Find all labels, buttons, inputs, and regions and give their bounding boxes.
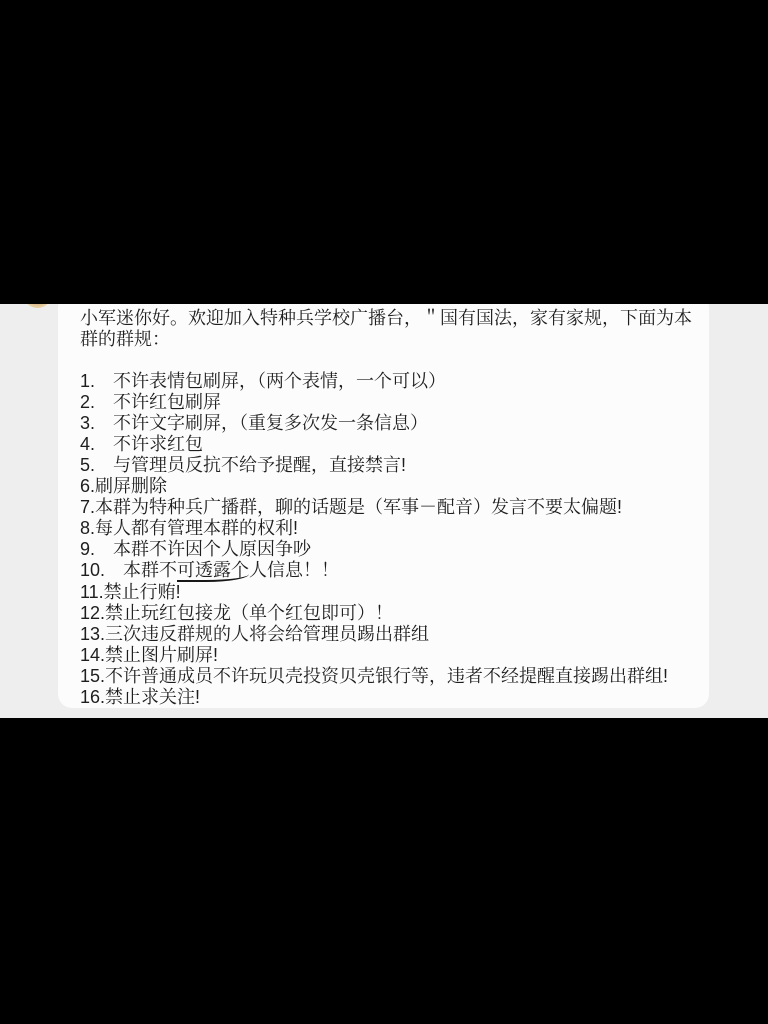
rule-line-2: 2. 不许红包刷屏: [80, 392, 701, 413]
rule-line-10: 10. 本群不可透露个人信息！！: [80, 560, 701, 582]
sender-avatar[interactable]: [23, 304, 52, 308]
rule-10-underlined-text: 可透露个: [177, 561, 249, 582]
rule-line-4: 4. 不许求红包: [80, 434, 701, 455]
rule-line-5: 5. 与管理员反抗不给予提醒，直接禁言!: [80, 455, 701, 476]
rule-line-13: 13.三次违反群规的人将会给管理员踢出群组: [80, 624, 701, 645]
top-letterbox: [0, 0, 768, 304]
rule-line-12: 12.禁止玩红包接龙（单个红包即可）！: [80, 603, 701, 624]
rule-line-15: 15.不许普通成员不许玩贝壳投资贝壳银行等，违者不经提醒直接踢出群组!: [80, 666, 701, 687]
rule-line-14: 14.禁止图片刷屏!: [80, 645, 701, 666]
rule-line-8: 8.每人都有管理本群的权利!: [80, 518, 701, 539]
rule-line-3: 3. 不许文字刷屏，（重复多次发一条信息）: [80, 413, 701, 434]
rule-10-prefix: 10. 本群不: [80, 560, 177, 580]
bottom-letterbox: [0, 718, 768, 1024]
rule-line-7: 7.本群为特种兵广播群，聊的话题是（军事－配音）发言不要太偏题!: [80, 497, 701, 518]
rule-line-11: 11.禁止行贿!: [80, 582, 701, 603]
rule-line-16: 16.禁止求关注!: [80, 687, 701, 708]
screenshot-stage: 小军迷你好。欢迎加入特种兵学校广播台，＂国有国法，家有家规，下面为本群的群规： …: [0, 0, 768, 1024]
rule-10-suffix: 人信息！！: [249, 560, 339, 580]
message-intro: 小军迷你好。欢迎加入特种兵学校广播台，＂国有国法，家有家规，下面为本群的群规：: [80, 308, 701, 350]
message-bubble: 小军迷你好。欢迎加入特种兵学校广播台，＂国有国法，家有家规，下面为本群的群规： …: [58, 304, 709, 708]
rule-line-6: 6.刷屏删除: [80, 476, 701, 497]
rule-line-9: 9. 本群不许因个人原因争吵: [80, 539, 701, 560]
blank-line: [80, 350, 701, 371]
chat-background: 小军迷你好。欢迎加入特种兵学校广播台，＂国有国法，家有家规，下面为本群的群规： …: [0, 304, 768, 718]
rule-line-1: 1. 不许表情包刷屏，（两个表情，一个可以）: [80, 371, 701, 392]
